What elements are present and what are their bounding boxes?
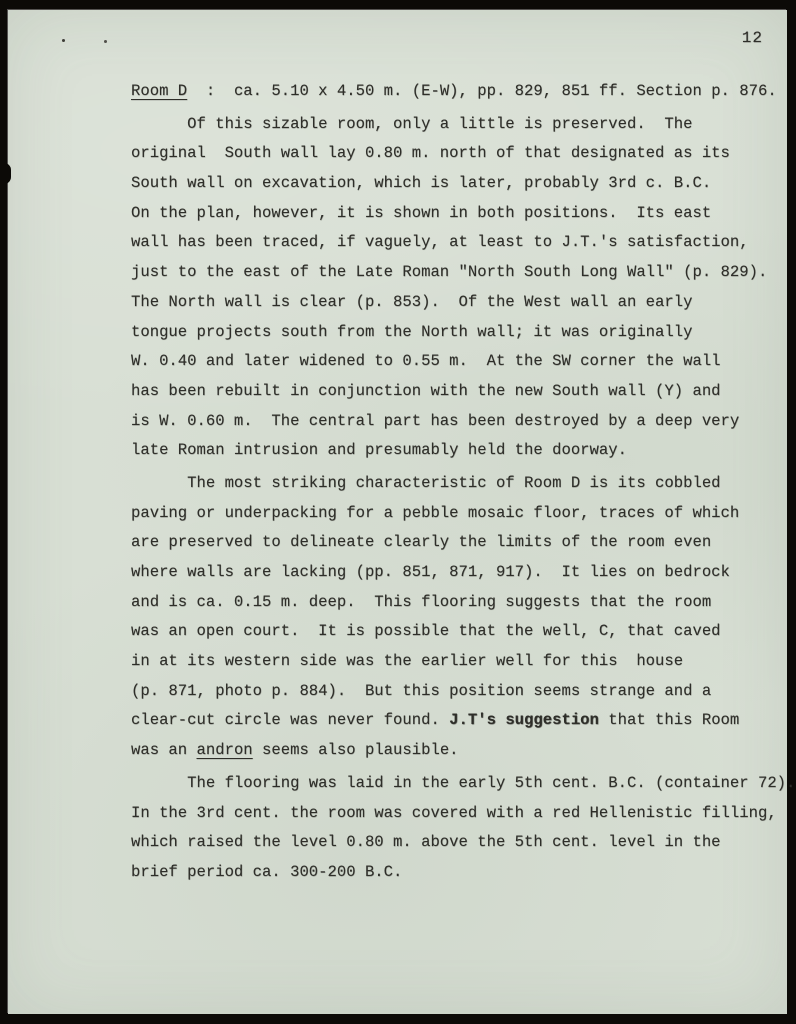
typed-segment: W. 0.40 and later widened to 0.55 m. At … [131,352,721,370]
typed-segment: The most striking characteristic of Room… [131,474,721,492]
typed-line: where walls are lacking (pp. 851, 871, 9… [131,558,796,588]
typed-segment: The North wall is clear (p. 853). Of the… [131,293,692,311]
typed-segment: On the plan, however, it is shown in bot… [131,204,711,222]
scanned-document-view: { "page": { "number": "12" }, "colors": … [0,0,796,1024]
document-page: 12 Room D : ca. 5.10 x 4.50 m. (E-W), pp… [8,10,787,1014]
typed-line: are preserved to delineate clearly the l… [131,528,796,558]
typed-line: clear-cut circle was never found. J.T's … [131,706,796,736]
paragraph: The flooring was laid in the early 5th c… [131,769,796,888]
typed-line: in at its western side was the earlier w… [131,647,796,677]
typed-line: In the 3rd cent. the room was covered wi… [131,799,796,829]
typed-segment: andron [197,741,253,759]
typed-line: The most striking characteristic of Room… [131,469,796,499]
typed-line: just to the east of the Late Roman "Nort… [131,258,796,288]
typed-line: paving or underpacking for a pebble mosa… [131,499,796,529]
typed-line: Of this sizable room, only a little is p… [131,110,796,140]
typed-segment: clear-cut circle was never found. [131,711,449,729]
typed-line: tongue projects south from the North wal… [131,318,796,348]
typed-segment: which raised the level 0.80 m. above the… [131,833,721,851]
typed-segment: wall has been traced, if vaguely, at lea… [131,233,749,251]
typed-line: wall has been traced, if vaguely, at lea… [131,228,796,258]
typed-line: The flooring was laid in the early 5th c… [131,769,796,799]
typed-segment: late Roman intrusion and presumably held… [131,441,627,459]
typed-line: has been rebuilt in conjunction with the… [131,377,796,407]
typed-segment: was an open court. It is possible that t… [131,622,721,640]
typed-segment: and is ca. 0.15 m. deep. This flooring s… [131,593,711,611]
paragraph: Of this sizable room, only a little is p… [131,110,796,466]
typed-segment: brief period ca. 300-200 B.C. [131,863,402,881]
typed-line: (p. 871, photo p. 884). But this positio… [131,677,796,707]
typed-line: was an open court. It is possible that t… [131,617,796,647]
border-notch [0,163,11,184]
paragraph: The most striking characteristic of Room… [131,469,796,766]
typed-line: On the plan, however, it is shown in bot… [131,199,796,229]
typed-line: late Roman intrusion and presumably held… [131,436,796,466]
typed-segment: just to the east of the Late Roman "Nort… [131,263,767,281]
typed-segment: : ca. 5.10 x 4.50 m. (E-W), pp. 829, 851… [187,82,777,100]
typed-line: brief period ca. 300-200 B.C. [131,858,796,888]
heading-line: Room D : ca. 5.10 x 4.50 m. (E-W), pp. 8… [131,77,796,107]
typed-segment: In the 3rd cent. the room was covered wi… [131,804,777,822]
typed-segment: is W. 0.60 m. The central part has been … [131,412,739,430]
page-number: 12 [742,29,763,47]
typed-line: which raised the level 0.80 m. above the… [131,828,796,858]
typed-line: original South wall lay 0.80 m. north of… [131,139,796,169]
typed-line: and is ca. 0.15 m. deep. This flooring s… [131,588,796,618]
typed-line: The North wall is clear (p. 853). Of the… [131,288,796,318]
ink-speck [104,40,107,43]
typed-segment: tongue projects south from the North wal… [131,323,692,341]
typed-segment: where walls are lacking (pp. 851, 871, 9… [131,563,730,581]
typed-segment: that this Room [599,711,739,729]
typed-line: is W. 0.60 m. The central part has been … [131,407,796,437]
typed-segment: has been rebuilt in conjunction with the… [131,382,721,400]
document-body: Of this sizable room, only a little is p… [131,110,796,888]
ink-speck [62,39,65,42]
typed-line: W. 0.40 and later widened to 0.55 m. At … [131,347,796,377]
typed-segment: paving or underpacking for a pebble mosa… [131,504,739,522]
typed-content: Room D : ca. 5.10 x 4.50 m. (E-W), pp. 8… [131,77,796,891]
typed-segment: was an [131,741,197,759]
typed-segment: original South wall lay 0.80 m. north of… [131,144,730,162]
typed-line: was an andron seems also plausible. [131,736,796,766]
typed-segment: Of this sizable room, only a little is p… [131,115,692,133]
typed-segment: seems also plausible. [253,741,459,759]
typed-segment: J.T's suggestion [449,711,599,729]
typed-line: South wall on excavation, which is later… [131,169,796,199]
typed-segment: (p. 871, photo p. 884). But this positio… [131,682,711,700]
typed-segment: Room D [131,82,187,100]
typed-segment: South wall on excavation, which is later… [131,174,711,192]
typed-segment: are preserved to delineate clearly the l… [131,533,711,551]
typed-segment: in at its western side was the earlier w… [131,652,683,670]
typed-segment: The flooring was laid in the early 5th c… [131,774,795,792]
